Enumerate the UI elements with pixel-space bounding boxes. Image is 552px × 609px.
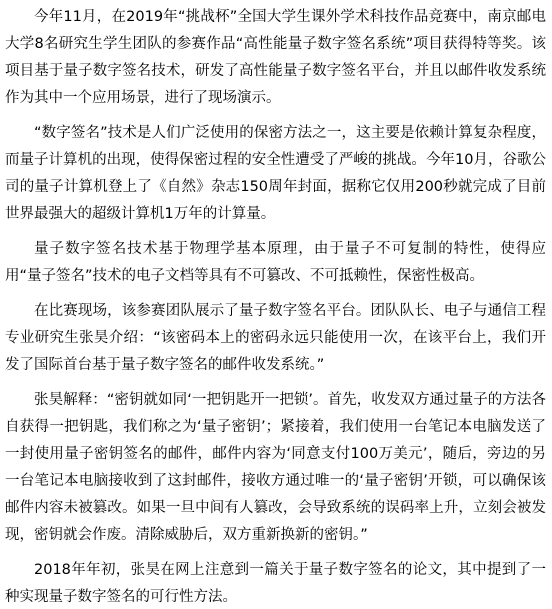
- article-paragraph-3: 量子数字签名技术基于物理学基本原理，由于量子不可复制的特性，使得应用“量子签名”…: [5, 236, 546, 290]
- article-paragraph-1: 今年11月，在2019年“挑战杯”全国大学生课外学术科技作品竞赛中，南京邮电大学…: [5, 4, 546, 112]
- article-paragraph-2: “数字签名”技术是人们广泛使用的保密方法之一，这主要是依赖计算复杂程度，而量子计…: [5, 120, 546, 228]
- article-paragraph-6: 2018年年初，张昊在网上注意到一篇关于量子数字签名的论文，其中提到了一种实现量…: [5, 557, 546, 609]
- article-paragraph-4: 在比赛现场，该参赛团队展示了量子数字签名平台。团队队长、电子与通信工程专业研究生…: [5, 298, 546, 379]
- article-document: 今年11月，在2019年“挑战杯”全国大学生课外学术科技作品竞赛中，南京邮电大学…: [0, 0, 552, 609]
- article-paragraph-5: 张昊解释：“密钥就如同‘一把钥匙开一把锁’。首先，收发双方通过量子的方法各自获得…: [5, 387, 546, 549]
